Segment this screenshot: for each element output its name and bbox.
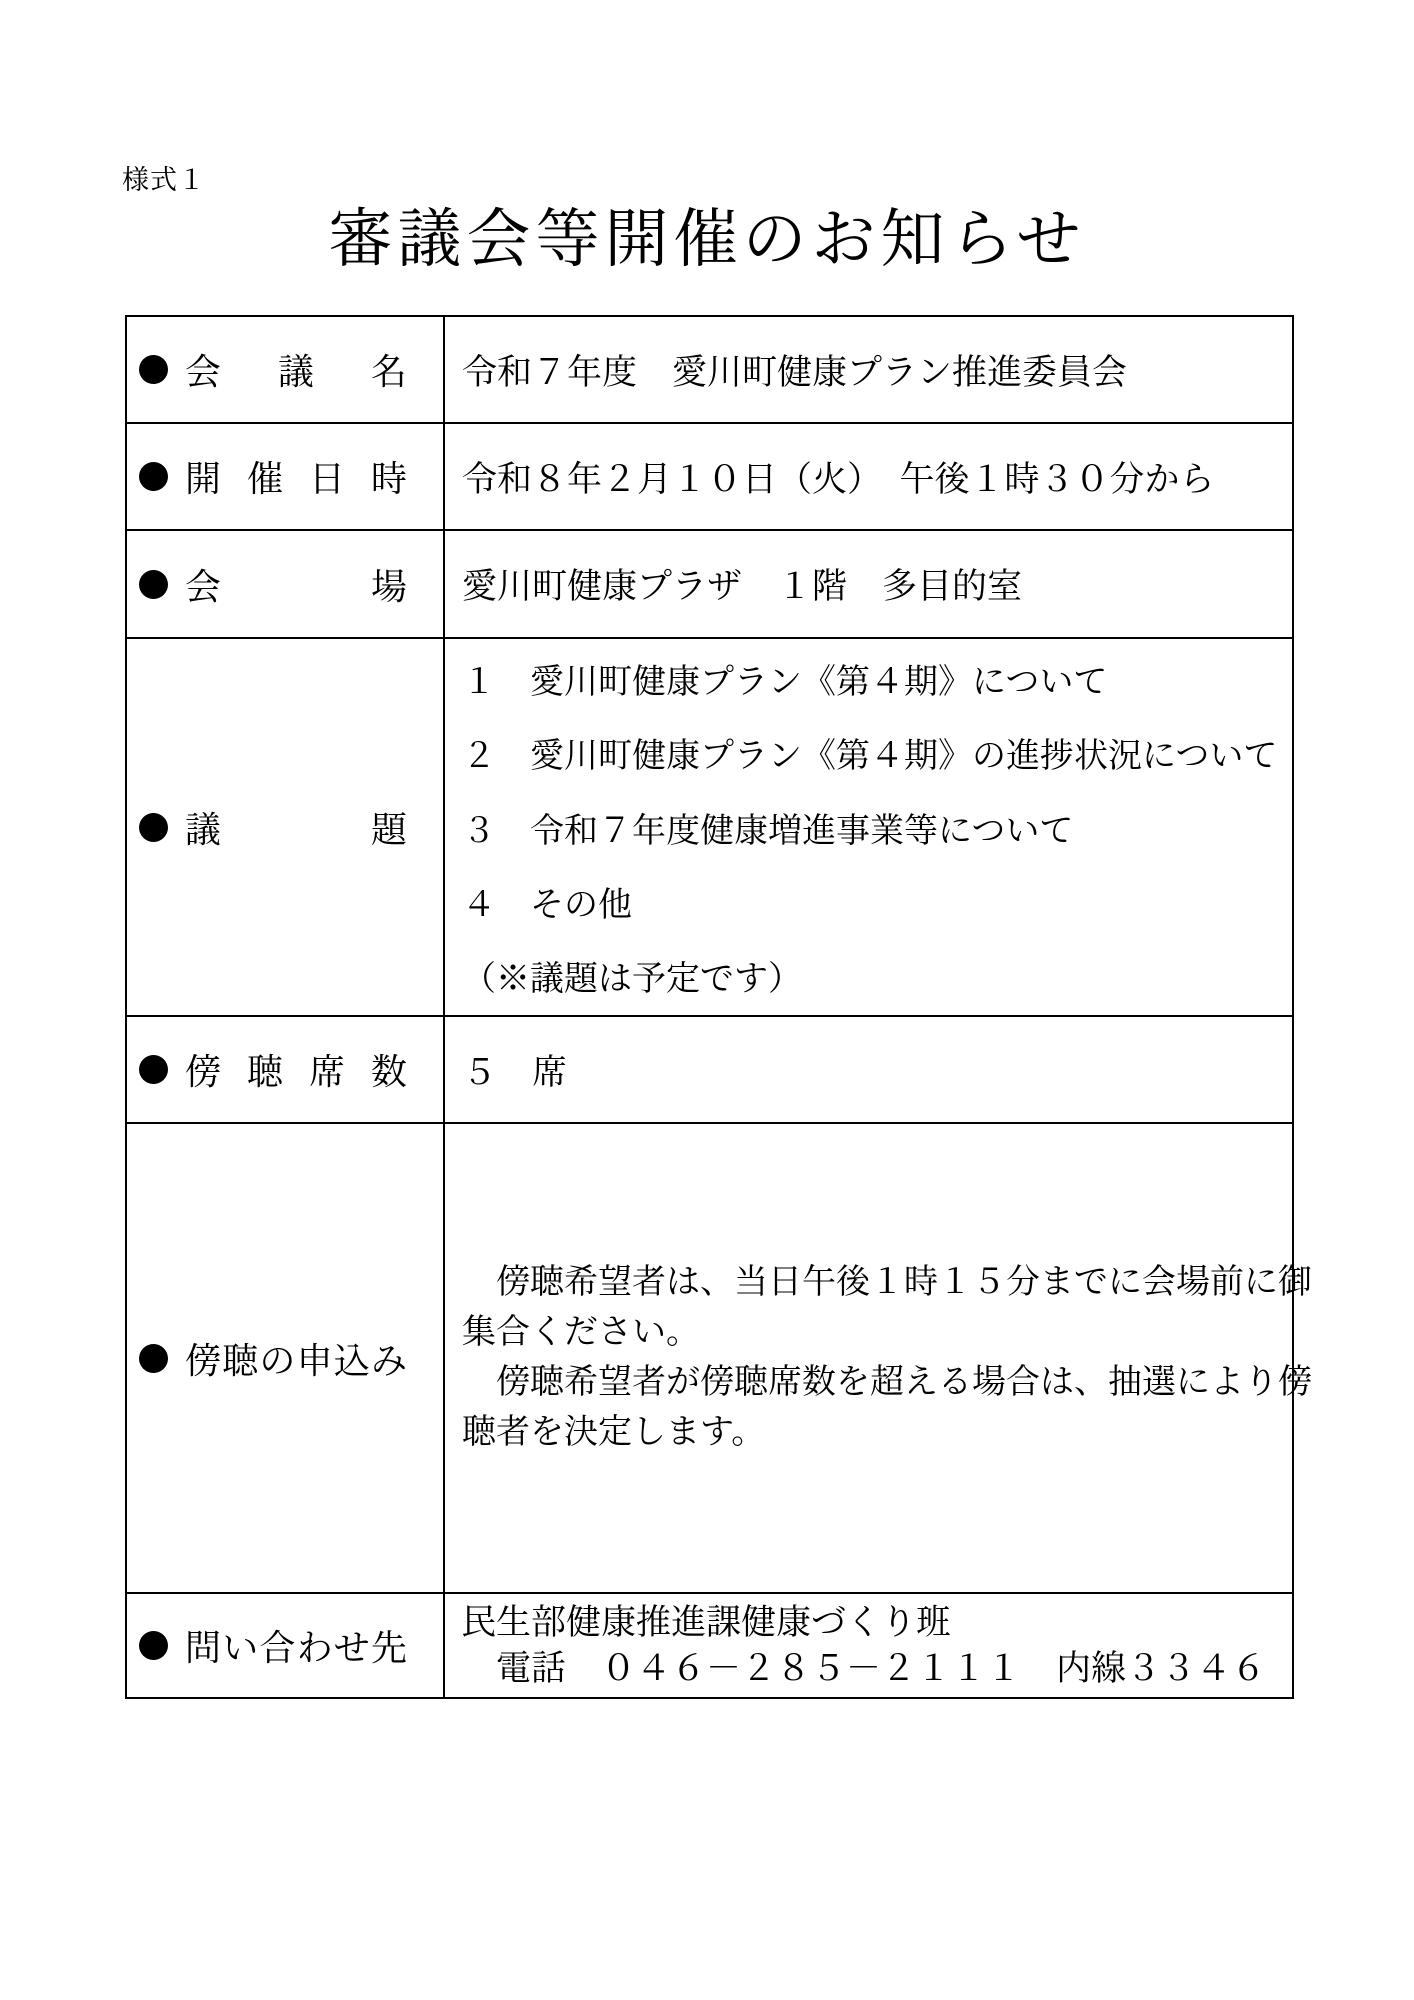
date-time-label-cell: 開催日時 — [126, 423, 444, 530]
row-label: 会議名 — [185, 344, 407, 395]
table-row-venue: 会場 愛川町健康プラザ １階 多目的室 — [126, 530, 1293, 638]
page-title: 審議会等開催のお知らせ — [0, 188, 1414, 280]
row-label: 開催日時 — [185, 451, 407, 502]
venue-value: 愛川町健康プラザ １階 多目的室 — [445, 559, 1292, 609]
observer-seats-value: ５ 席 — [445, 1045, 1292, 1095]
meeting-name-value: 令和７年度 愛川町健康プラン推進委員会 — [445, 345, 1292, 395]
contact-value-cell: 民生部健康推進課健康づくり班 電話 ０４６－２８５－２１１１ 内線３３４６ — [444, 1593, 1293, 1698]
observer-application-text: 傍聴希望者は、当日午後１時１５分までに会場前に御集合ください。 傍聴希望者が傍聴… — [445, 1124, 1292, 1592]
bullet-icon — [139, 1055, 168, 1084]
document-page: 様式１ 審議会等開催のお知らせ 会議名 令和７年度 愛川町健康プラン推進委員会 — [0, 0, 1414, 2000]
venue-label-cell: 会場 — [126, 530, 444, 638]
contact-text: 民生部健康推進課健康づくり班 電話 ０４６－２８５－２１１１ 内線３３４６ — [445, 1594, 1292, 1697]
table-row-meeting-name: 会議名 令和７年度 愛川町健康プラン推進委員会 — [126, 316, 1293, 423]
agenda-list: １ 愛川町健康プラン《第４期》について２ 愛川町健康プラン《第４期》の進捗状況に… — [445, 640, 1292, 1014]
bullet-icon — [139, 813, 168, 842]
observer-application-label-cell: 傍聴の申込み — [126, 1123, 444, 1593]
notice-table: 会議名 令和７年度 愛川町健康プラン推進委員会 開催日時 令和８年２月１０日（火… — [125, 315, 1294, 1699]
contact-line: 電話 ０４６－２８５－２１１１ 内線３３４６ — [461, 1646, 1292, 1692]
table-row-agenda: 議題 １ 愛川町健康プラン《第４期》について２ 愛川町健康プラン《第４期》の進捗… — [126, 638, 1293, 1016]
date-time-value: 令和８年２月１０日（火） 午後１時３０分から — [445, 452, 1292, 502]
bullet-icon — [139, 570, 168, 599]
bullet-icon — [139, 1631, 168, 1660]
row-label: 議題 — [185, 802, 407, 853]
venue-value-cell: 愛川町健康プラザ １階 多目的室 — [444, 530, 1293, 638]
paragraph-line: 聴者を決定します。 — [462, 1408, 1286, 1458]
observer-seats-label-cell: 傍聴席数 — [126, 1016, 444, 1123]
paragraph-line: 集合ください。 — [462, 1308, 1286, 1358]
agenda-item: ３ 令和７年度健康増進事業等について — [462, 803, 1284, 852]
table-row-date-time: 開催日時 令和８年２月１０日（火） 午後１時３０分から — [126, 423, 1293, 530]
agenda-value-cell: １ 愛川町健康プラン《第４期》について２ 愛川町健康プラン《第４期》の進捗状況に… — [444, 638, 1293, 1016]
agenda-item: （※議題は予定です） — [462, 951, 1284, 1000]
table-row-observer-application: 傍聴の申込み 傍聴希望者は、当日午後１時１５分までに会場前に御集合ください。 傍… — [126, 1123, 1293, 1593]
agenda-label-cell: 議題 — [126, 638, 444, 1016]
bullet-icon — [139, 462, 168, 491]
paragraph-line: 傍聴希望者は、当日午後１時１５分までに会場前に御 — [462, 1258, 1286, 1308]
meeting-name-label-cell: 会議名 — [126, 316, 444, 423]
bullet-icon — [139, 355, 168, 384]
contact-label-cell: 問い合わせ先 — [126, 1593, 444, 1698]
agenda-item: ２ 愛川町健康プラン《第４期》の進捗状況について — [462, 728, 1284, 777]
agenda-item: １ 愛川町健康プラン《第４期》について — [462, 654, 1284, 703]
row-label: 傍聴の申込み — [185, 1333, 407, 1384]
observer-application-value-cell: 傍聴希望者は、当日午後１時１５分までに会場前に御集合ください。 傍聴希望者が傍聴… — [444, 1123, 1293, 1593]
row-label: 傍聴席数 — [185, 1044, 407, 1095]
date-time-value-cell: 令和８年２月１０日（火） 午後１時３０分から — [444, 423, 1293, 530]
observer-seats-value-cell: ５ 席 — [444, 1016, 1293, 1123]
bullet-icon — [139, 1344, 168, 1373]
row-label: 問い合わせ先 — [185, 1620, 407, 1671]
table-row-contact: 問い合わせ先 民生部健康推進課健康づくり班 電話 ０４６－２８５－２１１１ 内線… — [126, 1593, 1293, 1698]
contact-line: 民生部健康推進課健康づくり班 — [461, 1600, 1292, 1646]
paragraph-line: 傍聴希望者が傍聴席数を超える場合は、抽選により傍 — [462, 1358, 1286, 1408]
table-row-observer-seats: 傍聴席数 ５ 席 — [126, 1016, 1293, 1123]
row-label: 会場 — [185, 559, 407, 610]
meeting-name-value-cell: 令和７年度 愛川町健康プラン推進委員会 — [444, 316, 1293, 423]
agenda-item: ４ その他 — [462, 877, 1284, 926]
